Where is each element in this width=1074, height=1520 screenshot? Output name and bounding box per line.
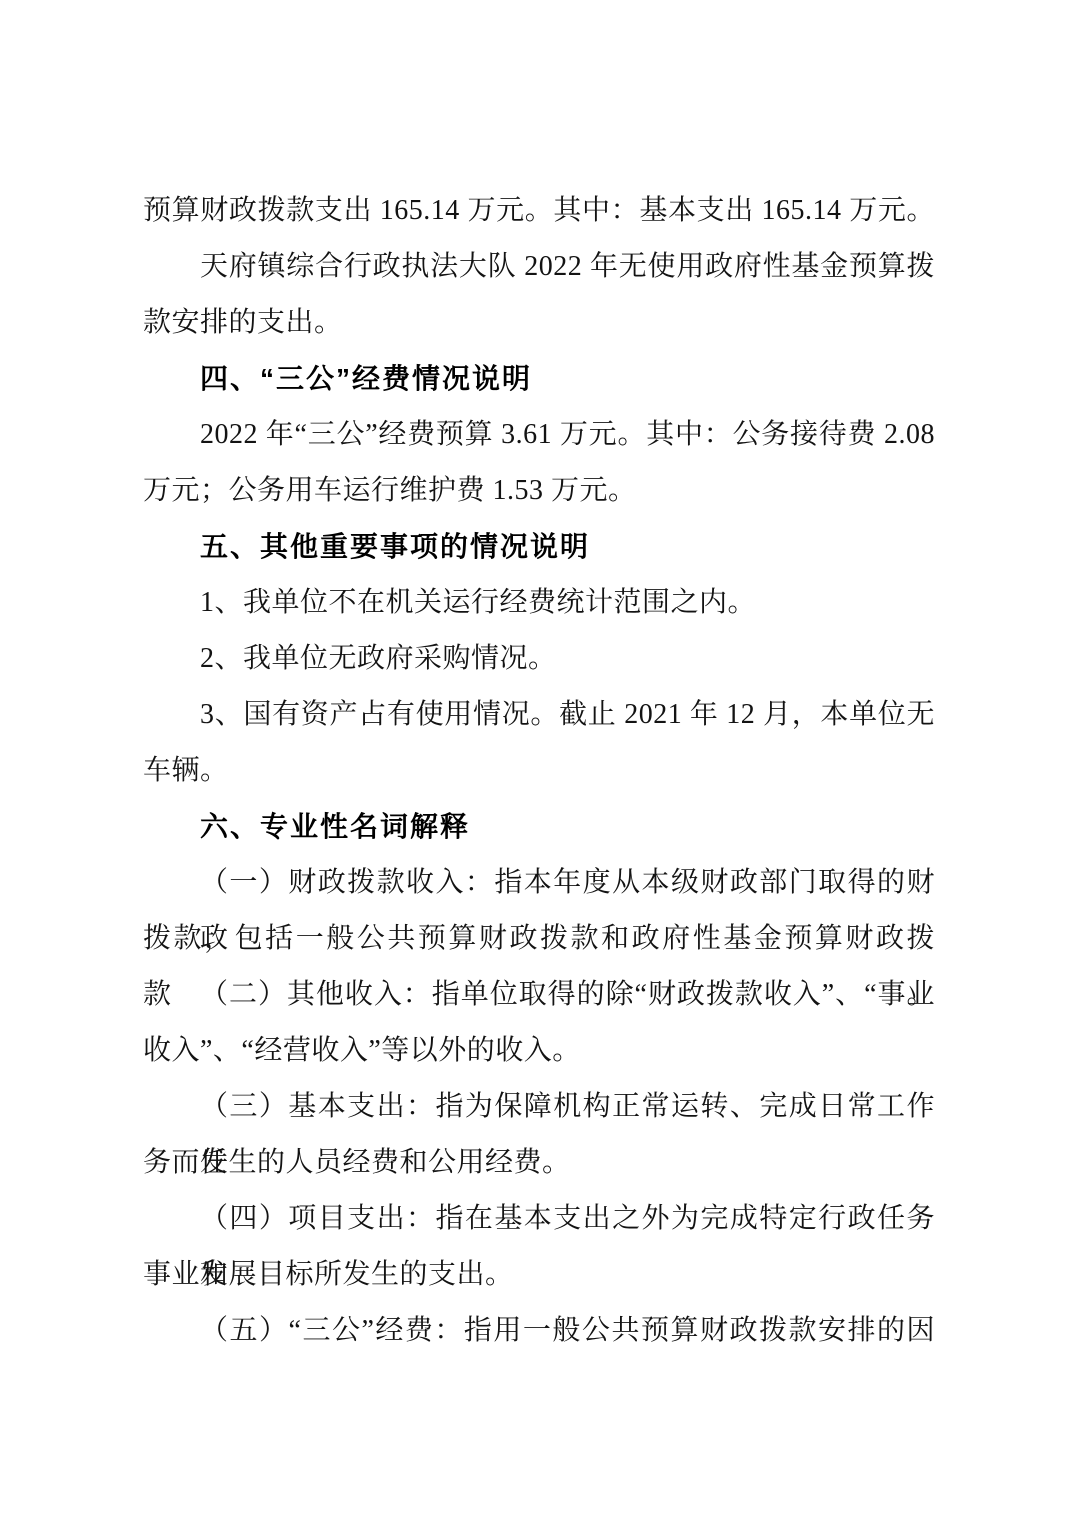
body-line: 务而发生的人员经费和公用经费。 — [143, 1135, 935, 1191]
body-line: 1、我单位不在机关运行经费统计范围之内。 — [143, 575, 935, 631]
body-line: 天府镇综合行政执法大队 2022 年无使用政府性基金预算拨 — [143, 239, 935, 295]
body-line: 万元；公务用车运行维护费 1.53 万元。 — [143, 463, 935, 519]
body-line: 车辆。 — [143, 743, 935, 799]
body-line: 收入”、“经营收入”等以外的收入。 — [143, 1023, 935, 1079]
section-heading: 四、“三公”经费情况说明 — [143, 351, 935, 407]
body-line: （四）项目支出：指在基本支出之外为完成特定行政任务和 — [143, 1191, 935, 1247]
body-line: （三）基本支出：指为保障机构正常运转、完成日常工作任 — [143, 1079, 935, 1135]
body-line: 2022 年“三公”经费预算 3.61 万元。其中：公务接待费 2.08 — [143, 407, 935, 463]
body-line: 2、我单位无政府采购情况。 — [143, 631, 935, 687]
section-heading: 六、专业性名词解释 — [143, 799, 935, 855]
section-heading: 五、其他重要事项的情况说明 — [143, 519, 935, 575]
body-line: 3、国有资产占有使用情况。截止 2021 年 12 月，本单位无 — [143, 687, 935, 743]
body-line: （一）财政拨款收入：指本年度从本级财政部门取得的财政 — [143, 855, 935, 911]
body-line: 款安排的支出。 — [143, 295, 935, 351]
body-line: 拨款，包括一般公共预算财政拨款和政府性基金预算财政拨款。 — [143, 911, 935, 967]
body-line: （二）其他收入：指单位取得的除“财政拨款收入”、“事业 — [143, 967, 935, 1023]
body-line: 事业发展目标所发生的支出。 — [143, 1247, 935, 1303]
body-line: 预算财政拨款支出 165.14 万元。其中：基本支出 165.14 万元。 — [143, 183, 935, 239]
body-line: （五）“三公”经费：指用一般公共预算财政拨款安排的因 — [143, 1303, 935, 1359]
document-text: 预算财政拨款支出 165.14 万元。其中：基本支出 165.14 万元。 天府… — [143, 183, 935, 1359]
document-page: 预算财政拨款支出 165.14 万元。其中：基本支出 165.14 万元。 天府… — [0, 0, 1074, 1520]
